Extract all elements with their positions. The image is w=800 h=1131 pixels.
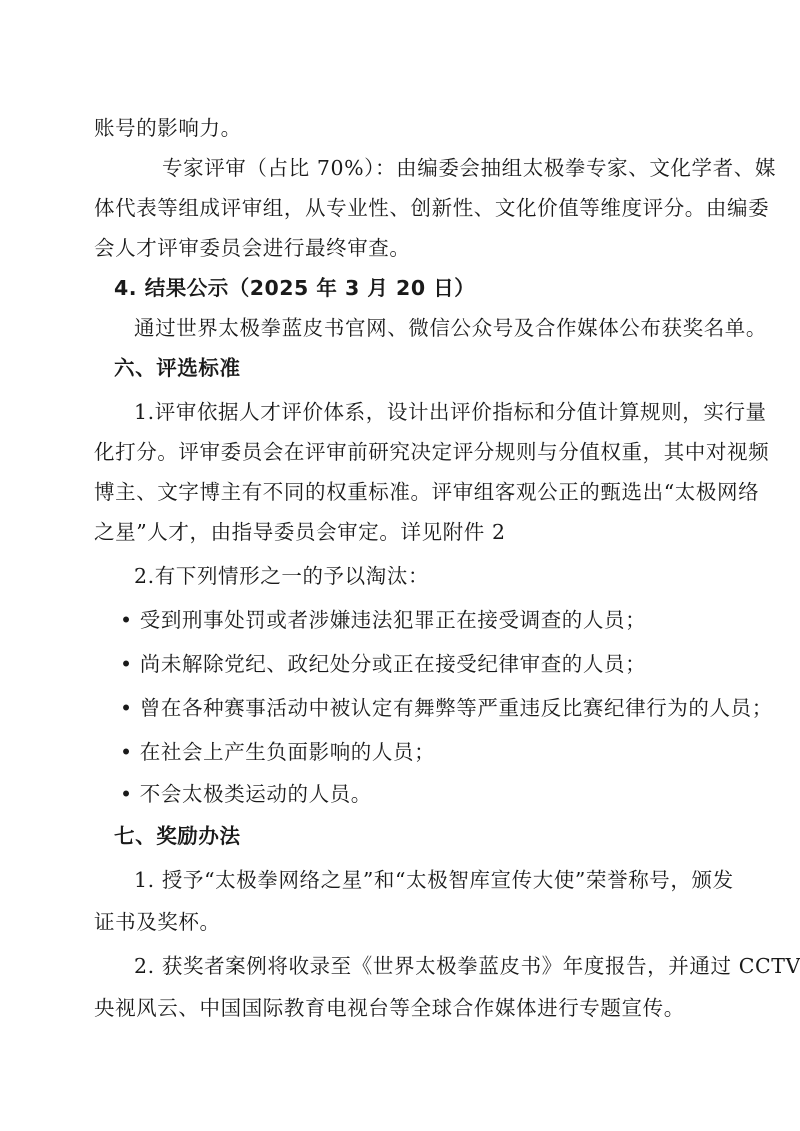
bullet-item: • 不会太极类运动的人员。: [120, 774, 372, 814]
paragraph-line: 央视风云、中国国际教育电视台等全球合作媒体进行专题宣传。: [94, 988, 685, 1028]
paragraph-line: 账号的影响力。: [94, 108, 242, 148]
paragraph-line: 博主、文字博主有不同的权重标准。评审组客观公正的甄选出“太极网络: [94, 472, 704, 512]
section-heading-selection-criteria: 六、评选标准: [114, 348, 241, 388]
paragraph-line: 体代表等组成评审组，从专业性、创新性、文化价值等维度评分。由编委: [94, 188, 704, 228]
result-announcement-heading: 4. 结果公示（2025 年 3 月 20 日）: [114, 268, 475, 308]
bullet-item: • 尚未解除党纪、政纪处分或正在接受纪律审查的人员；: [120, 644, 646, 684]
paragraph-line: 会人才评审委员会进行最终审查。: [94, 228, 411, 268]
criteria-item-1: 1.评审依据人才评价体系，设计出评价指标和分值计算规则，实行量: [134, 392, 704, 432]
criteria-item-2: 2.有下列情形之一的予以淘汰：: [134, 556, 429, 596]
bullet-item: • 受到刑事处罚或者涉嫌违法犯罪正在接受调查的人员；: [120, 600, 646, 640]
bullet-item: • 曾在各种赛事活动中被认定有舞弊等严重违反比赛纪律行为的人员；: [120, 688, 773, 728]
bullet-item: • 在社会上产生负面影响的人员；: [120, 732, 435, 772]
reward-item-2: 2. 获奖者案例将收录至《世界太极拳蓝皮书》年度报告，并通过 CCTV: [134, 946, 704, 986]
paragraph-line: 通过世界太极拳蓝皮书官网、微信公众号及合作媒体公布获奖名单。: [134, 308, 767, 348]
reward-item-1: 1. 授予“太极拳网络之星”和“太极智库宣传大使”荣誉称号，颁发: [134, 860, 704, 900]
paragraph-line: 证书及奖杯。: [94, 902, 221, 942]
expert-review-paragraph: 专家评审（占比 70%）：由编委会抽组太极拳专家、文化学者、媒: [162, 148, 704, 188]
section-heading-rewards: 七、奖励办法: [114, 816, 241, 856]
paragraph-line: 之星”人才，由指导委员会审定。详见附件 2: [94, 512, 506, 552]
paragraph-line: 化打分。评审委员会在评审前研究决定评分规则与分值权重，其中对视频: [94, 432, 704, 472]
